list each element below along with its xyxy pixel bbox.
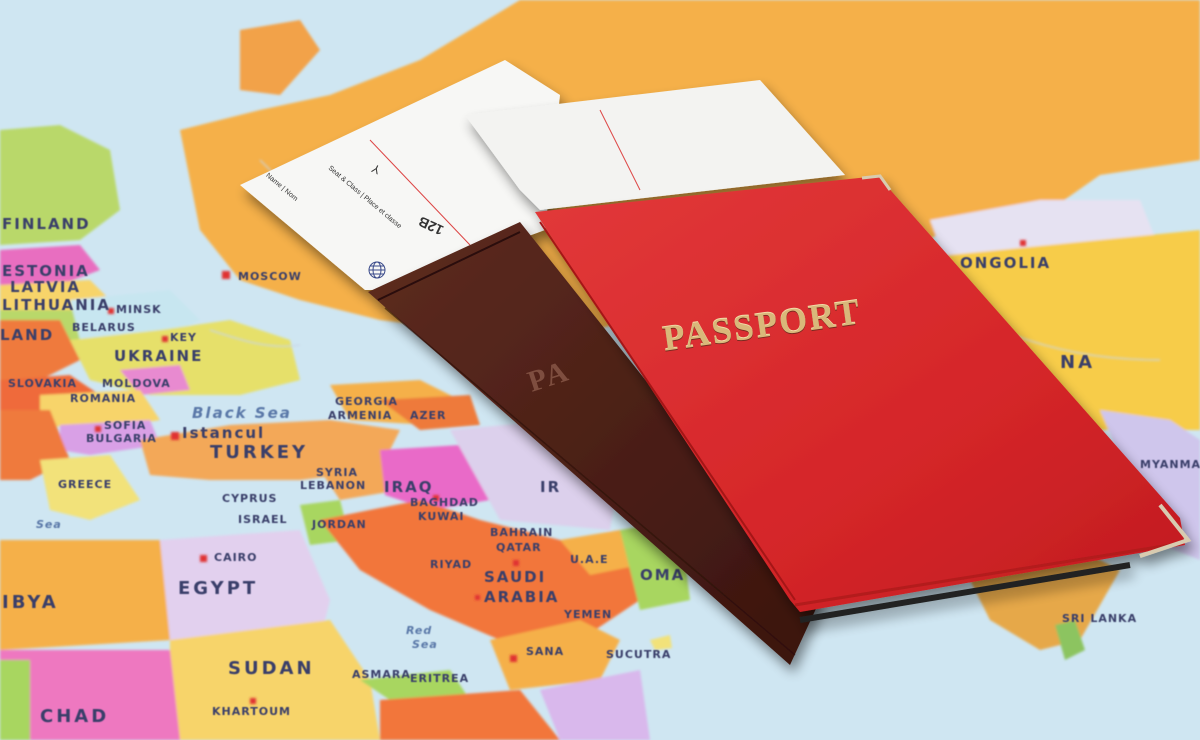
travel-documents [0, 0, 1200, 740]
photo-scene: FINLAND ESTONIA LATVIA LITHUANIA MINSK B… [0, 0, 1200, 740]
